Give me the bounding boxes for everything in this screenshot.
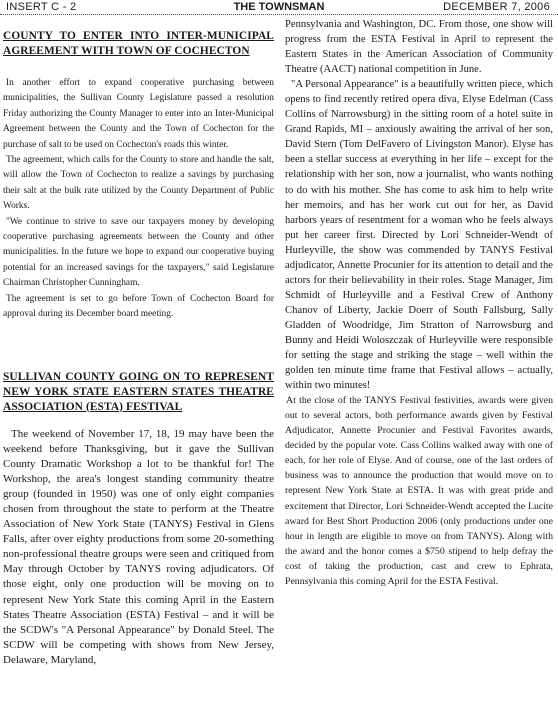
paragraph: "A Personal Appearance" is a beautifully… bbox=[285, 77, 553, 393]
issue-date: DECEMBER 7, 2006 bbox=[443, 0, 550, 14]
paragraph: The agreement is set to go before Town o… bbox=[3, 292, 274, 323]
right-column: Pennsylvania and Washington, DC. From th… bbox=[285, 17, 553, 589]
section-label: INSERT C - 2 bbox=[6, 0, 76, 14]
page-masthead: THE TOWNSMAN INSERT C - 2 DECEMBER 7, 20… bbox=[0, 0, 558, 15]
article-body: In another effort to expand cooperative … bbox=[3, 76, 274, 323]
paragraph: In another effort to expand cooperative … bbox=[3, 76, 274, 153]
paragraph: At the close of the TANYS Festival festi… bbox=[285, 393, 553, 589]
paragraph: "We continue to strive to save our taxpa… bbox=[3, 215, 274, 292]
article-body: The weekend of November 17, 18, 19 may h… bbox=[3, 427, 274, 669]
article-cochecton: COUNTY TO ENTER INTO INTER-MUNICIPAL AGR… bbox=[3, 29, 274, 323]
paragraph: The agreement, which calls for the Count… bbox=[3, 153, 274, 215]
left-column: COUNTY TO ENTER INTO INTER-MUNICIPAL AGR… bbox=[3, 17, 274, 668]
article-esta-festival: SULLIVAN COUNTY GOING ON TO REPRESENT NE… bbox=[3, 370, 274, 669]
article-headline: SULLIVAN COUNTY GOING ON TO REPRESENT NE… bbox=[3, 370, 274, 415]
paragraph: The weekend of November 17, 18, 19 may h… bbox=[3, 427, 274, 669]
article-headline: COUNTY TO ENTER INTO INTER-MUNICIPAL AGR… bbox=[3, 29, 274, 59]
paragraph: Pennsylvania and Washington, DC. From th… bbox=[285, 17, 553, 77]
